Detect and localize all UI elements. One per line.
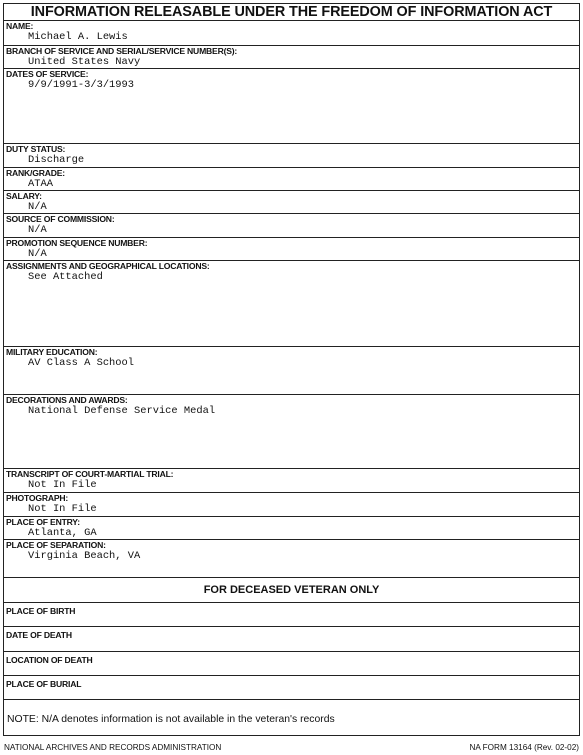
- field-value: Not In File: [28, 479, 97, 491]
- field-name: NAME: Michael A. Lewis: [4, 20, 579, 45]
- field-salary: SALARY: N/A: [4, 190, 579, 213]
- field-label: NAME:: [6, 21, 33, 31]
- field-value: N/A: [28, 201, 47, 213]
- field-place-of-burial: PLACE OF BURIAL: [4, 675, 579, 699]
- field-label: MILITARY EDUCATION:: [6, 347, 97, 357]
- deceased-section-header: FOR DECEASED VETERAN ONLY: [4, 577, 579, 602]
- note-text: NOTE: N/A denotes information is not ava…: [7, 714, 335, 725]
- field-court-martial: TRANSCRIPT OF COURT-MARTIAL TRIAL: Not I…: [4, 468, 579, 492]
- field-value: Michael A. Lewis: [28, 31, 128, 43]
- field-label: PROMOTION SEQUENCE NUMBER:: [6, 238, 147, 248]
- field-label: PLACE OF ENTRY:: [6, 517, 80, 527]
- field-label: DATES OF SERVICE:: [6, 69, 88, 79]
- field-label: PLACE OF SEPARATION:: [6, 540, 106, 550]
- field-label: LOCATION OF DEATH: [6, 655, 93, 665]
- field-dates-of-service: DATES OF SERVICE: 9/9/1991-3/3/1993: [4, 68, 579, 143]
- field-label: DATE OF DEATH: [6, 630, 72, 640]
- field-source-of-commission: SOURCE OF COMMISSION: N/A: [4, 213, 579, 237]
- field-value: National Defense Service Medal: [28, 405, 215, 417]
- footer-form-number: NA FORM 13164 (Rev. 02-02): [469, 743, 579, 752]
- field-label: SOURCE OF COMMISSION:: [6, 214, 114, 224]
- foia-form: INFORMATION RELEASABLE UNDER THE FREEDOM…: [3, 3, 580, 736]
- field-duty-status: DUTY STATUS: Discharge: [4, 143, 579, 167]
- field-decorations: DECORATIONS AND AWARDS: National Defense…: [4, 394, 579, 468]
- note-row: NOTE: N/A denotes information is not ava…: [4, 699, 579, 736]
- field-label: PHOTOGRAPH:: [6, 493, 68, 503]
- field-label: PLACE OF BIRTH: [6, 606, 75, 616]
- field-label: RANK/GRADE:: [6, 168, 65, 178]
- field-date-of-death: DATE OF DEATH: [4, 626, 579, 651]
- field-label: DUTY STATUS:: [6, 144, 65, 154]
- field-label: DECORATIONS AND AWARDS:: [6, 395, 128, 405]
- field-value: AV Class A School: [28, 357, 134, 369]
- field-value: See Attached: [28, 271, 103, 283]
- field-place-of-separation: PLACE OF SEPARATION: Virginia Beach, VA: [4, 539, 579, 577]
- field-label: PLACE OF BURIAL: [6, 679, 81, 689]
- field-value: United States Navy: [28, 56, 140, 68]
- field-value: N/A: [28, 248, 47, 260]
- deceased-heading: FOR DECEASED VETERAN ONLY: [4, 584, 579, 596]
- field-value: ATAA: [28, 178, 53, 190]
- footer-agency: NATIONAL ARCHIVES AND RECORDS ADMINISTRA…: [4, 743, 221, 752]
- field-branch: BRANCH OF SERVICE AND SERIAL/SERVICE NUM…: [4, 45, 579, 68]
- field-military-education: MILITARY EDUCATION: AV Class A School: [4, 346, 579, 394]
- field-rank-grade: RANK/GRADE: ATAA: [4, 167, 579, 190]
- field-label: TRANSCRIPT OF COURT-MARTIAL TRIAL:: [6, 469, 173, 479]
- field-value: Atlanta, GA: [28, 527, 97, 539]
- field-assignments: ASSIGNMENTS AND GEOGRAPHICAL LOCATIONS: …: [4, 260, 579, 346]
- field-value: Discharge: [28, 154, 84, 166]
- field-value: Virginia Beach, VA: [28, 550, 140, 562]
- field-value: 9/9/1991-3/3/1993: [28, 79, 134, 91]
- field-label: SALARY:: [6, 191, 42, 201]
- field-label: BRANCH OF SERVICE AND SERIAL/SERVICE NUM…: [6, 46, 237, 56]
- field-label: ASSIGNMENTS AND GEOGRAPHICAL LOCATIONS:: [6, 261, 210, 271]
- field-place-of-entry: PLACE OF ENTRY: Atlanta, GA: [4, 516, 579, 539]
- field-photograph: PHOTOGRAPH: Not In File: [4, 492, 579, 516]
- form-title: INFORMATION RELEASABLE UNDER THE FREEDOM…: [4, 4, 579, 21]
- field-location-of-death: LOCATION OF DEATH: [4, 651, 579, 675]
- field-place-of-birth: PLACE OF BIRTH: [4, 602, 579, 626]
- field-promotion-sequence-number: PROMOTION SEQUENCE NUMBER: N/A: [4, 237, 579, 260]
- field-value: N/A: [28, 224, 47, 236]
- field-value: Not In File: [28, 503, 97, 515]
